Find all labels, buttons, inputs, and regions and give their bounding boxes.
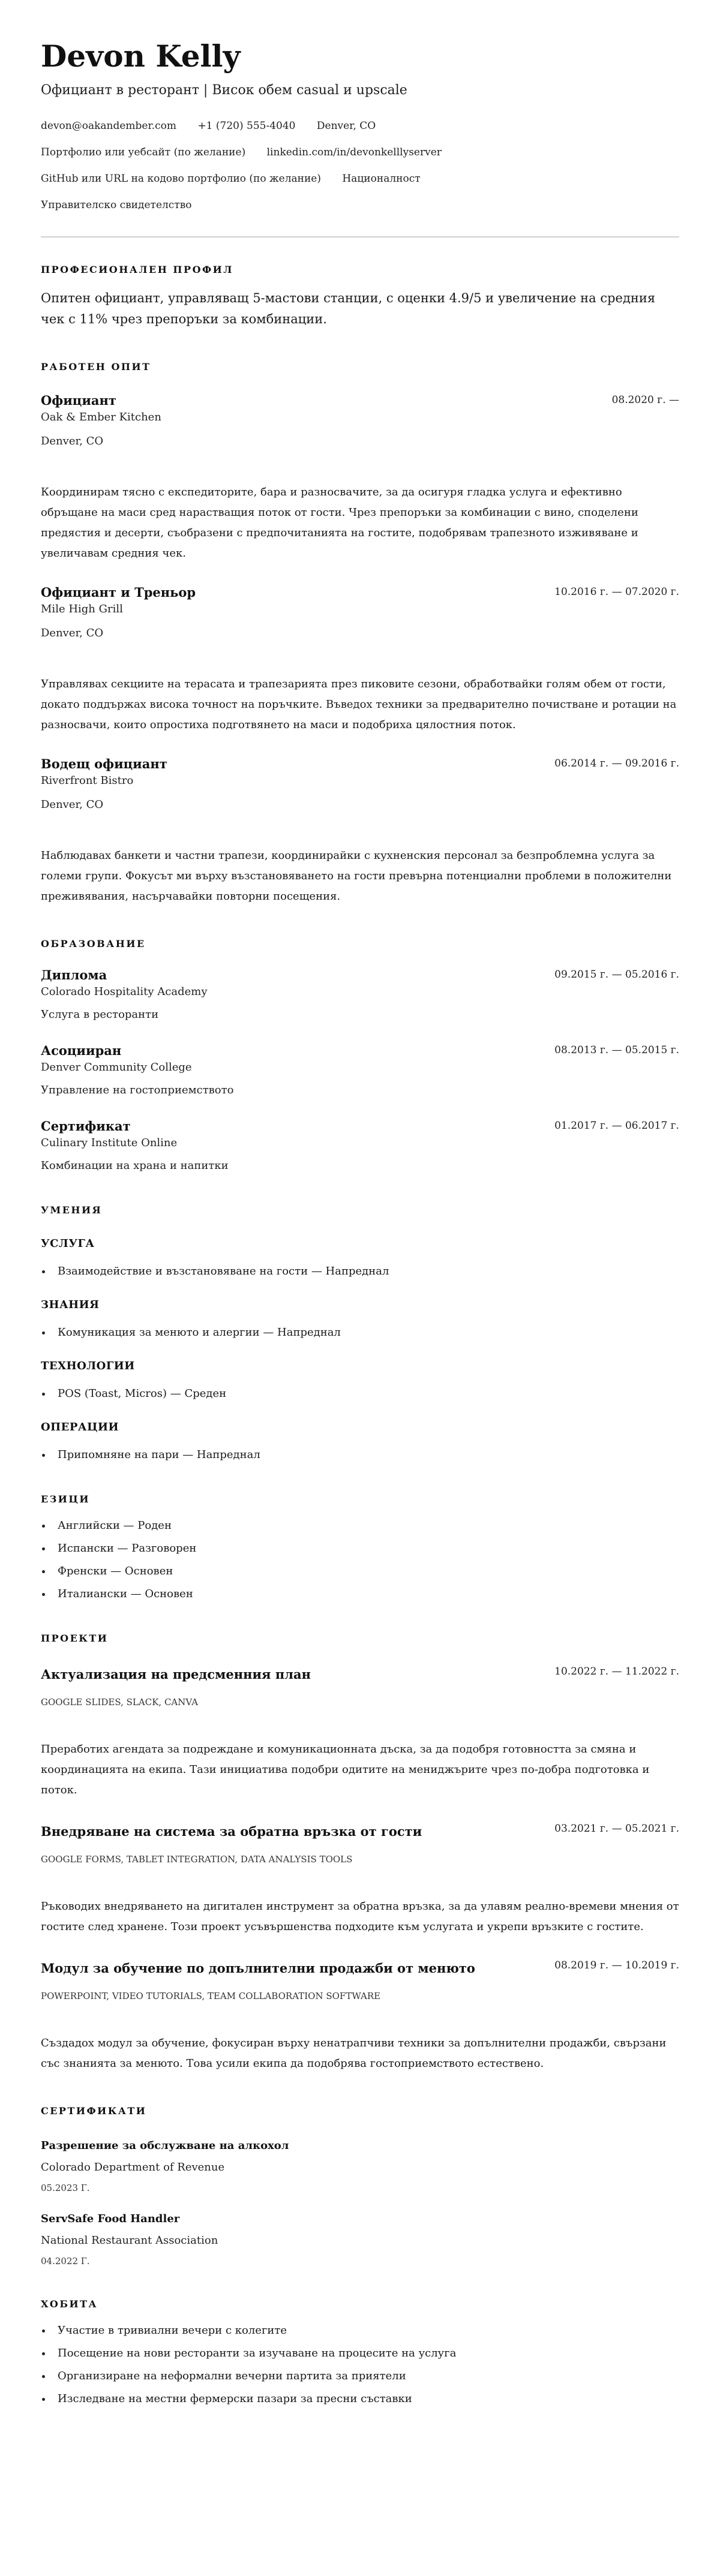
contact-row: GitHub или URL на кодово портфолио (по ж… <box>41 172 679 186</box>
date-range: 08.2019 г. — 10.2019 г. <box>542 1958 679 1973</box>
hobby-item: Посещение на нови ресторанти за изучаван… <box>41 2346 679 2361</box>
experience-entry: Официант08.2020 г. —Oak & Ember KitchenD… <box>41 392 679 564</box>
section-title: Умения <box>41 1204 679 1216</box>
field-of-study: Услуга в ресторанти <box>41 1008 679 1022</box>
skill-item: POS (Toast, Micros) — Среден <box>41 1387 679 1401</box>
entry-header: Сертификат01.2017 г. — 06.2017 г. <box>41 1118 679 1135</box>
project-entry: Модул за обучение по допълнителни продаж… <box>41 1958 679 2074</box>
company-name: Riverfront Bistro <box>41 774 679 788</box>
section-title: Професионален профил <box>41 264 679 276</box>
project-entry: Внедряване на система за обратна връзка … <box>41 1821 679 1937</box>
education-entry: Сертификат01.2017 г. — 06.2017 г.Culinar… <box>41 1118 679 1173</box>
resume-page: Devon Kelly Официант в ресторант | Висок… <box>0 0 720 2442</box>
github-link[interactable]: GitHub или URL на кодово портфолио (по ж… <box>41 173 321 185</box>
certification-issuer: National Restaurant Association <box>41 2234 679 2248</box>
resume-header: Devon Kelly Официант в ресторант | Висок… <box>41 38 679 238</box>
project-description: Ръководих внедряването на дигитален инст… <box>41 1896 679 1937</box>
field-of-study: Управление на гостоприемството <box>41 1083 679 1098</box>
date-range: 03.2021 г. — 05.2021 г. <box>542 1821 679 1836</box>
project-name: Внедряване на система за обратна връзка … <box>41 1821 422 1842</box>
candidate-headline: Официант в ресторант | Висок обем casual… <box>41 82 679 100</box>
language-item: Испански — Разговорен <box>41 1541 679 1556</box>
job-description: Наблюдавах банкети и частни трапези, коо… <box>41 846 679 907</box>
certification-name: ServSafe Food Handler <box>41 2212 679 2226</box>
projects-list: Актуализация на предсменния план10.2022 … <box>41 1664 679 2074</box>
language-item: Италиански — Основен <box>41 1587 679 1601</box>
section-title: Сертификати <box>41 2105 679 2117</box>
education-entry: Диплома09.2015 г. — 05.2016 г.Colorado H… <box>41 967 679 1022</box>
project-description: Създадох модул за обучение, фокусиран въ… <box>41 2033 679 2074</box>
experience-list: Официант08.2020 г. —Oak & Ember KitchenD… <box>41 392 679 907</box>
section-title: Езици <box>41 1493 679 1505</box>
degree-title: Сертификат <box>41 1118 131 1135</box>
project-description: Преработих агендата за подреждане и кому… <box>41 1739 679 1801</box>
header-divider <box>41 236 679 238</box>
project-technologies: Google Forms, Tablet Integration, Data A… <box>41 1853 679 1865</box>
profile-section: Професионален профил Опитен официант, уп… <box>41 264 679 330</box>
degree-title: Диплома <box>41 967 107 984</box>
license-text: Управителско свидетелство <box>41 199 192 211</box>
candidate-name: Devon Kelly <box>41 38 679 74</box>
contact-row: Портфолио или уебсайт (по желание) linke… <box>41 145 679 160</box>
date-range: 08.2020 г. — <box>600 392 679 408</box>
location-text: Denver, CO <box>317 120 376 132</box>
language-item: Английски — Роден <box>41 1519 679 1533</box>
project-name: Модул за обучение по допълнителни продаж… <box>41 1958 475 1979</box>
entry-header: Модул за обучение по допълнителни продаж… <box>41 1958 679 1979</box>
certifications-section: Сертификати Разрешение за обслужване на … <box>41 2105 679 2267</box>
experience-entry: Официант и Треньор10.2016 г. — 07.2020 г… <box>41 584 679 735</box>
skill-group-title: Услуга <box>41 1237 679 1251</box>
project-name: Актуализация на предсменния план <box>41 1664 311 1685</box>
job-location: Denver, CO <box>41 626 679 641</box>
experience-section: Работен опит Официант08.2020 г. —Oak & E… <box>41 361 679 907</box>
school-name: Culinary Institute Online <box>41 1136 679 1150</box>
skill-list: POS (Toast, Micros) — Среден <box>41 1387 679 1401</box>
hobbies-section: Хобита Участие в тривиални вечери с коле… <box>41 2298 679 2406</box>
portfolio-link[interactable]: Портфолио или уебсайт (по желание) <box>41 146 245 158</box>
languages-list: Английски — РоденИспански — РазговоренФр… <box>41 1519 679 1601</box>
school-name: Denver Community College <box>41 1060 679 1075</box>
section-title: Проекти <box>41 1633 679 1645</box>
section-title: Хобита <box>41 2298 679 2310</box>
certifications-list: Разрешение за обслужване на алкохолColor… <box>41 2139 679 2267</box>
job-location: Denver, CO <box>41 434 679 449</box>
section-title: Работен опит <box>41 361 679 373</box>
date-range: 06.2014 г. — 09.2016 г. <box>542 756 679 771</box>
email-link[interactable]: devon@oakandember.com <box>41 120 176 132</box>
certification-date: 04.2022 г. <box>41 2255 679 2267</box>
date-range: 10.2016 г. — 07.2020 г. <box>542 584 679 600</box>
hobbies-list: Участие в тривиални вечери с колегитеПос… <box>41 2323 679 2406</box>
certification-name: Разрешение за обслужване на алкохол <box>41 2139 679 2153</box>
job-title: Официант <box>41 392 116 409</box>
education-list: Диплома09.2015 г. — 05.2016 г.Colorado H… <box>41 967 679 1173</box>
date-range: 01.2017 г. — 06.2017 г. <box>542 1118 679 1134</box>
skill-item: Комуникация за менюто и алергии — Напред… <box>41 1325 679 1340</box>
skill-item: Взаимодействие и възстановяване на гости… <box>41 1264 679 1279</box>
education-section: Образование Диплома09.2015 г. — 05.2016 … <box>41 938 679 1173</box>
job-title: Официант и Треньор <box>41 584 196 601</box>
certification-date: 05.2023 г. <box>41 2182 679 2194</box>
entry-header: Диплома09.2015 г. — 05.2016 г. <box>41 967 679 984</box>
skill-list: Комуникация за менюто и алергии — Напред… <box>41 1325 679 1340</box>
entry-header: Водещ официант06.2014 г. — 09.2016 г. <box>41 756 679 773</box>
entry-header: Асоцииран08.2013 г. — 05.2015 г. <box>41 1042 679 1059</box>
date-range: 10.2022 г. — 11.2022 г. <box>542 1664 679 1679</box>
entry-header: Официант и Треньор10.2016 г. — 07.2020 г… <box>41 584 679 601</box>
entry-header: Официант08.2020 г. — <box>41 392 679 409</box>
certification-entry: ServSafe Food HandlerNational Restaurant… <box>41 2212 679 2267</box>
degree-title: Асоцииран <box>41 1042 121 1059</box>
project-entry: Актуализация на предсменния план10.2022 … <box>41 1664 679 1801</box>
skill-list: Взаимодействие и възстановяване на гости… <box>41 1264 679 1279</box>
hobby-item: Участие в тривиални вечери с колегите <box>41 2323 679 2338</box>
job-description: Координирам тясно с експедиторите, бара … <box>41 482 679 564</box>
languages-section: Езици Английски — РоденИспански — Разгов… <box>41 1493 679 1601</box>
company-name: Mile High Grill <box>41 602 679 617</box>
phone-number[interactable]: +1 (720) 555-4040 <box>197 120 295 132</box>
date-range: 08.2013 г. — 05.2015 г. <box>542 1042 679 1058</box>
education-entry: Асоцииран08.2013 г. — 05.2015 г.Denver C… <box>41 1042 679 1098</box>
hobby-item: Изследване на местни фермерски пазари за… <box>41 2392 679 2406</box>
job-description: Управлявах секциите на терасата и трапез… <box>41 674 679 735</box>
skill-group-title: Знания <box>41 1298 679 1312</box>
project-technologies: Google Slides, Slack, Canva <box>41 1696 679 1708</box>
language-item: Френски — Основен <box>41 1564 679 1579</box>
entry-header: Внедряване на система за обратна връзка … <box>41 1821 679 1842</box>
skill-group-title: Операции <box>41 1420 679 1435</box>
skill-item: Припомняне на пари — Напреднал <box>41 1448 679 1462</box>
field-of-study: Комбинации на храна и напитки <box>41 1159 679 1173</box>
skill-group-title: Технологии <box>41 1359 679 1373</box>
job-location: Denver, CO <box>41 798 679 812</box>
date-range: 09.2015 г. — 05.2016 г. <box>542 967 679 982</box>
school-name: Colorado Hospitality Academy <box>41 985 679 999</box>
company-name: Oak & Ember Kitchen <box>41 410 679 425</box>
job-title: Водещ официант <box>41 756 167 773</box>
contact-row: Управителско свидетелство <box>41 198 679 212</box>
project-technologies: PowerPoint, Video Tutorials, Team Collab… <box>41 1990 679 2002</box>
section-title: Образование <box>41 938 679 950</box>
projects-section: Проекти Актуализация на предсменния план… <box>41 1633 679 2074</box>
skills-section: Умения УслугаВзаимодействие и възстановя… <box>41 1204 679 1462</box>
skills-list: УслугаВзаимодействие и възстановяване на… <box>41 1237 679 1462</box>
nationality-text: Националност <box>342 173 420 185</box>
certification-issuer: Colorado Department of Revenue <box>41 2160 679 2175</box>
linkedin-link[interactable]: linkedin.com/in/devonkelllyserver <box>267 146 442 158</box>
certification-entry: Разрешение за обслужване на алкохолColor… <box>41 2139 679 2194</box>
hobby-item: Организиране на неформални вечерни парти… <box>41 2369 679 2383</box>
entry-header: Актуализация на предсменния план10.2022 … <box>41 1664 679 1685</box>
contact-row: devon@oakandember.com +1 (720) 555-4040 … <box>41 119 679 133</box>
experience-entry: Водещ официант06.2014 г. — 09.2016 г.Riv… <box>41 756 679 907</box>
profile-summary: Опитен официант, управляващ 5-мастови ст… <box>41 288 679 330</box>
skill-list: Припомняне на пари — Напреднал <box>41 1448 679 1462</box>
